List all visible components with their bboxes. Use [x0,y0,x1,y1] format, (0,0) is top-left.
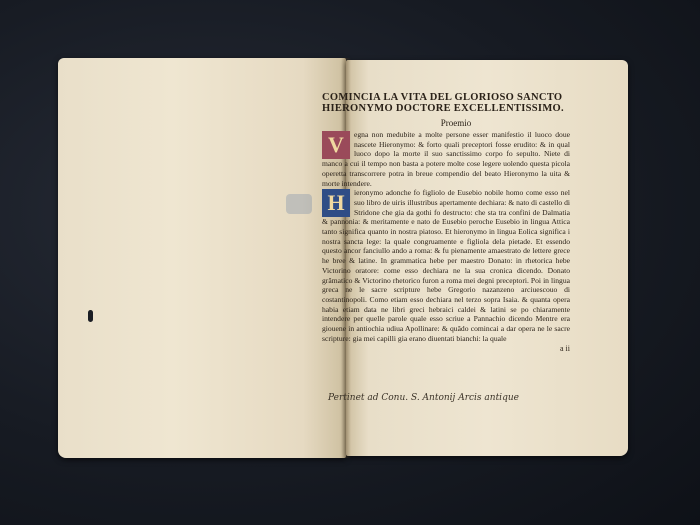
illuminated-initial-h: H [322,189,350,217]
ink-stain [286,194,312,214]
printed-text-block: COMINCIA LA VITA DEL GLORIOSO SANCTO HIE… [322,92,570,353]
paragraph-2: H ieronymo adonche fo figliolo de Eusebi… [322,188,570,343]
page-title: COMINCIA LA VITA DEL GLORIOSO SANCTO HIE… [322,92,570,114]
section-heading: Proemio [342,118,570,128]
handwritten-ownership-note: Pertinet ad Conu. S. Antonij Arcis antiq… [328,393,519,403]
paragraph-1: V egna non medubite a molte persone esse… [322,130,570,188]
left-blank-page [58,58,346,458]
signature-mark: a ii [322,344,570,353]
worm-hole [88,310,93,322]
illuminated-initial-v: V [322,131,350,159]
